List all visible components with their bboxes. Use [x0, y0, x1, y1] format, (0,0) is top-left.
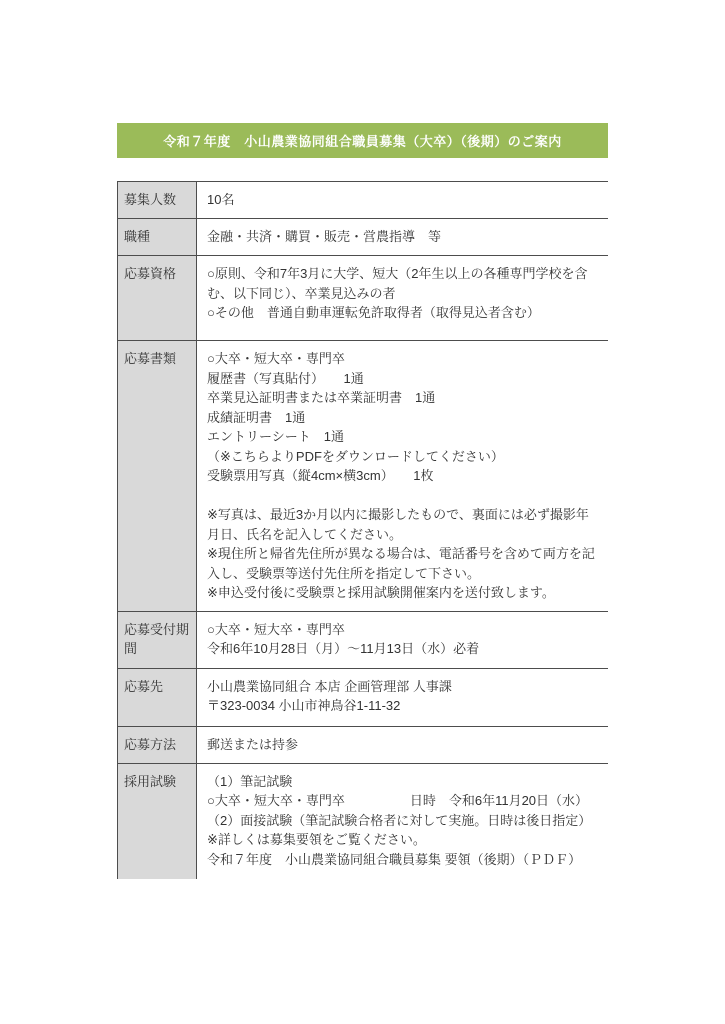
row-content: 金融・共済・購買・販売・営農指導 等	[197, 219, 609, 256]
content-line: エントリーシート 1通	[207, 427, 598, 447]
row-label: 応募方法	[118, 726, 197, 763]
row-content: 10名	[197, 182, 609, 219]
document-content: 令和７年度 小山農業協同組合職員募集（大卒）（後期）のご案内 募集人数10名職種…	[117, 123, 608, 879]
content-line: 〒323-0034 小山市神鳥谷1-11-32	[207, 696, 598, 716]
page-title-banner: 令和７年度 小山農業協同組合職員募集（大卒）（後期）のご案内	[117, 123, 608, 158]
table-row: 募集人数10名	[118, 182, 609, 219]
document-page: 令和７年度 小山農業協同組合職員募集（大卒）（後期）のご案内 募集人数10名職種…	[0, 0, 725, 1024]
content-line: 履歴書（写真貼付） 1通	[207, 369, 598, 389]
table-row: 応募受付期間○大卒・短大卒・専門卒令和6年10月28日（月）～11月13日（水）…	[118, 611, 609, 668]
content-line: ○大卒・短大卒・専門卒	[207, 349, 598, 369]
page-title: 令和７年度 小山農業協同組合職員募集（大卒）（後期）のご案内	[163, 131, 562, 150]
table-row: 採用試験（1）筆記試験○大卒・短大卒・専門卒 日時 令和6年11月20日（水）（…	[118, 763, 609, 879]
content-line: 令和７年度 小山農業協同組合職員募集 要領（後期）（ＰＤＦ）	[207, 850, 598, 870]
row-content: （1）筆記試験○大卒・短大卒・専門卒 日時 令和6年11月20日（水）（2）面接…	[197, 763, 609, 879]
content-line: 卒業見込証明書または卒業証明書 1通	[207, 388, 598, 408]
content-line: 郵送または持参	[207, 735, 598, 755]
content-line: ※現住所と帰省先住所が異なる場合は、電話番号を含めて両方を記入し、受験票等送付先…	[207, 544, 598, 583]
content-line: 受験票用写真（縦4cm×横3cm） 1枚	[207, 466, 598, 486]
content-line: ※詳しくは募集要領をご覧ください。	[207, 830, 598, 850]
row-label: 職種	[118, 219, 197, 256]
row-label: 応募受付期間	[118, 611, 197, 668]
row-content: ○大卒・短大卒・専門卒履歴書（写真貼付） 1通卒業見込証明書または卒業証明書 1…	[197, 341, 609, 612]
row-content: 小山農業協同組合 本店 企画管理部 人事課〒323-0034 小山市神鳥谷1-1…	[197, 668, 609, 726]
content-line: 10名	[207, 190, 598, 210]
content-line: ※写真は、最近3か月以内に撮影したもので、裏面には必ず撮影年月日、氏名を記入して…	[207, 505, 598, 544]
content-line: 成績証明書 1通	[207, 408, 598, 428]
table-row: 職種金融・共済・購買・販売・営農指導 等	[118, 219, 609, 256]
row-label: 応募先	[118, 668, 197, 726]
row-label: 応募書類	[118, 341, 197, 612]
recruitment-table: 募集人数10名職種金融・共済・購買・販売・営農指導 等応募資格○原則、令和7年3…	[117, 181, 608, 879]
row-label: 採用試験	[118, 763, 197, 879]
content-line: ○原則、令和7年3月に大学、短大（2年生以上の各種専門学校を含む、以下同じ）、卒…	[207, 264, 598, 303]
content-line: ○大卒・短大卒・専門卒	[207, 620, 598, 640]
content-line: 小山農業協同組合 本店 企画管理部 人事課	[207, 677, 598, 697]
content-line: ○大卒・短大卒・専門卒 日時 令和6年11月20日（水）	[207, 791, 598, 811]
content-line: ○その他 普通自動車運転免許取得者（取得見込者含む）	[207, 303, 598, 323]
content-line: ※申込受付後に受験票と採用試験開催案内を送付致します。	[207, 583, 598, 603]
content-line: 金融・共済・購買・販売・営農指導 等	[207, 227, 598, 247]
row-content: ○大卒・短大卒・専門卒令和6年10月28日（月）～11月13日（水）必着	[197, 611, 609, 668]
row-content: ○原則、令和7年3月に大学、短大（2年生以上の各種専門学校を含む、以下同じ）、卒…	[197, 256, 609, 341]
row-label: 応募資格	[118, 256, 197, 341]
row-label: 募集人数	[118, 182, 197, 219]
content-line: （1）筆記試験	[207, 772, 598, 792]
table-row: 応募方法郵送または持参	[118, 726, 609, 763]
content-line: 令和6年10月28日（月）～11月13日（水）必着	[207, 639, 598, 659]
table-row: 応募資格○原則、令和7年3月に大学、短大（2年生以上の各種専門学校を含む、以下同…	[118, 256, 609, 341]
blank-line	[207, 486, 598, 506]
content-line: （※こちらよりPDFをダウンロードしてください）	[207, 447, 598, 467]
row-content: 郵送または持参	[197, 726, 609, 763]
table-row: 応募書類○大卒・短大卒・専門卒履歴書（写真貼付） 1通卒業見込証明書または卒業証…	[118, 341, 609, 612]
content-line: （2）面接試験（筆記試験合格者に対して実施。日時は後日指定）	[207, 811, 598, 831]
table-row: 応募先小山農業協同組合 本店 企画管理部 人事課〒323-0034 小山市神鳥谷…	[118, 668, 609, 726]
